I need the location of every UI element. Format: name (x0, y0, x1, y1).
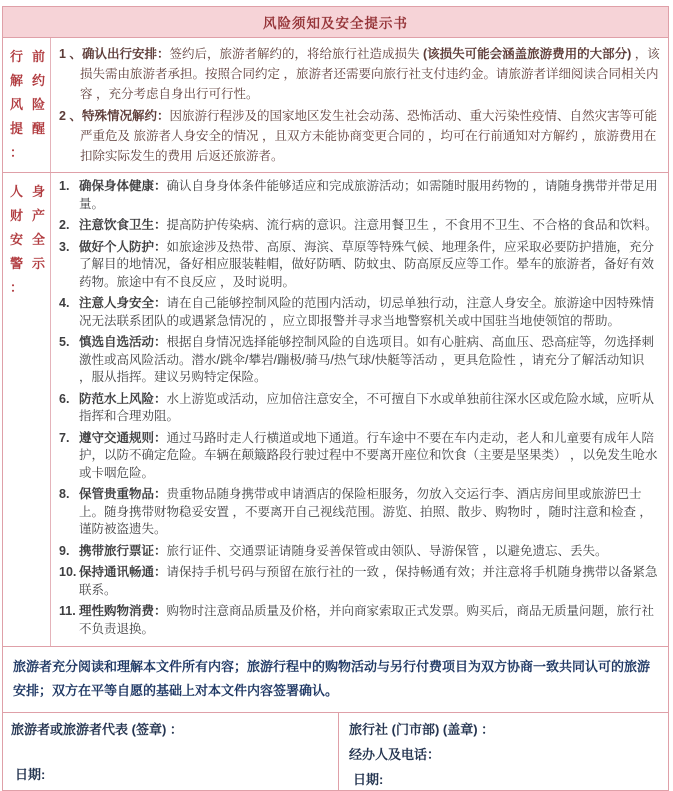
pretrip-item-number: 1 、 (59, 44, 82, 64)
pretrip-header-line: 解约 (10, 69, 50, 93)
agency-date-label: 日期: (349, 769, 660, 788)
safety-item: 3.做好个人防护：如旅途涉及热带、高原、海滨、草原等特殊气候、地理条件，应采取必… (59, 239, 660, 292)
safety-item-keyword: 注意饮食卫生： (79, 218, 167, 232)
safety-item-number: 8. (59, 486, 79, 504)
safety-item: 11.理性购物消费：购物时注意商品质量及价格，并向商家索取正式发票。购买后，商品… (59, 603, 660, 638)
pretrip-header-line: ： (10, 141, 50, 165)
pretrip-header-line: 提醒 (10, 117, 50, 141)
traveler-signature-label: 旅游者或旅游者代表 (签章) ： (11, 719, 330, 738)
pretrip-header-line: 行前 (10, 45, 50, 69)
pretrip-item-text: 签约后，旅游者解约的，将给旅行社造成损失 (169, 47, 422, 61)
safety-item-number: 10. (59, 564, 79, 582)
safety-warning-section: 人身 财产 安全 警示 ： 1.确保身体健康：确认自身身体条件能够适应和完成旅游… (3, 172, 668, 646)
safety-item-keyword: 做好个人防护： (79, 240, 167, 254)
safety-item-number: 2. (59, 217, 79, 235)
safety-item-keyword: 理性购物消费： (79, 604, 167, 618)
safety-item: 9.携带旅行票证：旅行证件、交通票证请随身妥善保管或由领队、导游保管 ，以避免遗… (59, 543, 660, 561)
pretrip-content: 1 、确认出行安排：签约后，旅游者解约的，将给旅行社造成损失 (该损失可能会涵盖… (51, 38, 668, 172)
safety-item-keyword: 确保身体健康： (79, 179, 167, 193)
safety-item-number: 11. (59, 603, 79, 621)
safety-item-text: 通过马路时走人行横道或地下通道。行车途中不要在车内走动，老人和儿童要有成年人陪护… (79, 431, 657, 480)
safety-item-keyword: 保持通讯畅通： (79, 565, 167, 579)
traveler-signature-cell: 旅游者或旅游者代表 (签章) ： 日期: (3, 713, 339, 790)
safety-content: 1.确保身体健康：确认自身身体条件能够适应和完成旅游活动；如需随时服用药物的 ，… (51, 173, 668, 646)
safety-item-text: 提高防护传染病、流行病的意识。注意用餐卫生 ，不食用不卫生、不合格的食品和饮料。 (167, 218, 658, 232)
safety-item-keyword: 注意人身安全： (79, 296, 167, 310)
safety-item: 7.遵守交通规则：通过马路时走人行横道或地下通道。行车途中不要在车内走动，老人和… (59, 430, 660, 483)
pretrip-item: 1 、确认出行安排：签约后，旅游者解约的，将给旅行社造成损失 (该损失可能会涵盖… (59, 44, 660, 104)
pretrip-header-line: 风险 (10, 93, 50, 117)
signature-row: 旅游者或旅游者代表 (签章) ： 日期: 旅行社 (门市部) (盖章) ： 经办… (3, 712, 668, 790)
risk-notice-document: 风险须知及安全提示书 行前 解约 风险 提醒 ： 1 、确认出行安排：签约后，旅… (2, 6, 669, 791)
safety-item-number: 5. (59, 334, 79, 352)
safety-item-text: 旅行证件、交通票证请随身妥善保管或由领队、导游保管 ，以避免遗忘、丢失。 (167, 544, 608, 558)
safety-header-line: 人身 (10, 180, 50, 204)
pretrip-vertical-header: 行前 解约 风险 提醒 ： (3, 38, 51, 172)
safety-item: 5.慎选自选活动：根据自身情况选择能够控制风险的自选项目。如有心脏病、高血压、恐… (59, 334, 660, 387)
safety-item-number: 4. (59, 295, 79, 313)
safety-item-number: 3. (59, 239, 79, 257)
safety-header-line: 财产 (10, 204, 50, 228)
safety-item-number: 7. (59, 430, 79, 448)
safety-item: 2.注意饮食卫生：提高防护传染病、流行病的意识。注意用餐卫生 ，不食用不卫生、不… (59, 217, 660, 235)
pretrip-item-number: 2 、 (59, 106, 82, 126)
safety-item-keyword: 遵守交通规则： (79, 431, 167, 445)
traveler-date-label: 日期: (11, 764, 330, 783)
safety-item: 6.防范水上风险：水上游览或活动，应加倍注意安全，不可擅自下水或单独前往深水区或… (59, 391, 660, 426)
safety-item: 1.确保身体健康：确认自身身体条件能够适应和完成旅游活动；如需随时服用药物的 ，… (59, 178, 660, 213)
agency-signature-label: 旅行社 (门市部) (盖章) ： (349, 719, 660, 738)
safety-item-number: 9. (59, 543, 79, 561)
safety-item-keyword: 防范水上风险： (79, 392, 167, 406)
safety-item-number: 6. (59, 391, 79, 409)
pretrip-item: 2 、特殊情况解约：因旅游行程涉及的国家地区发生社会动荡、恐怖活动、重大污染性疫… (59, 106, 660, 166)
agency-signature-cell: 旅行社 (门市部) (盖章) ： 经办人及电话： 日期: (339, 713, 668, 790)
safety-item-keyword: 保管贵重物品： (79, 487, 167, 501)
pretrip-item-keyword: 确认出行安排： (82, 47, 170, 61)
pretrip-risk-section: 行前 解约 风险 提醒 ： 1 、确认出行安排：签约后，旅游者解约的，将给旅行社… (3, 37, 668, 172)
safety-item: 8.保管贵重物品：贵重物品随身携带或申请酒店的保险柜服务，勿放入交运行李、酒店房… (59, 486, 660, 539)
safety-item-number: 1. (59, 178, 79, 196)
safety-item: 4.注意人身安全：请在自己能够控制风险的范围内活动，切忌单独行动，注意人身安全。… (59, 295, 660, 330)
safety-item-keyword: 携带旅行票证： (79, 544, 167, 558)
safety-item-text: 确认自身身体条件能够适应和完成旅游活动；如需随时服用药物的 ，请随身携带并带足用… (79, 179, 658, 211)
safety-item-text: 请保持手机号码与预留在旅行社的一致 ，保持畅通有效；并注意将手机随身携带以备紧急… (79, 565, 658, 597)
confirmation-text: 旅游者充分阅读和理解本文件所有内容；旅游行程中的购物活动与另行付费项目为双方协商… (13, 659, 650, 698)
pretrip-item-keyword: 特殊情况解约： (82, 109, 170, 123)
safety-header-line: 安全 (10, 228, 50, 252)
agent-contact-label: 经办人及电话： (349, 744, 660, 763)
confirmation-paragraph: 旅游者充分阅读和理解本文件所有内容；旅游行程中的购物活动与另行付费项目为双方协商… (3, 646, 668, 712)
safety-vertical-header: 人身 财产 安全 警示 ： (3, 173, 51, 646)
document-title: 风险须知及安全提示书 (263, 12, 408, 32)
pretrip-item-note: (该损失可能会涵盖旅游费用的大部分) (423, 47, 631, 61)
document-title-row: 风险须知及安全提示书 (3, 7, 668, 37)
safety-header-line: 警示 (10, 252, 50, 276)
safety-item: 10.保持通讯畅通：请保持手机号码与预留在旅行社的一致 ，保持畅通有效；并注意将… (59, 564, 660, 599)
safety-header-line: ： (10, 276, 50, 300)
safety-item-keyword: 慎选自选活动： (79, 335, 167, 349)
